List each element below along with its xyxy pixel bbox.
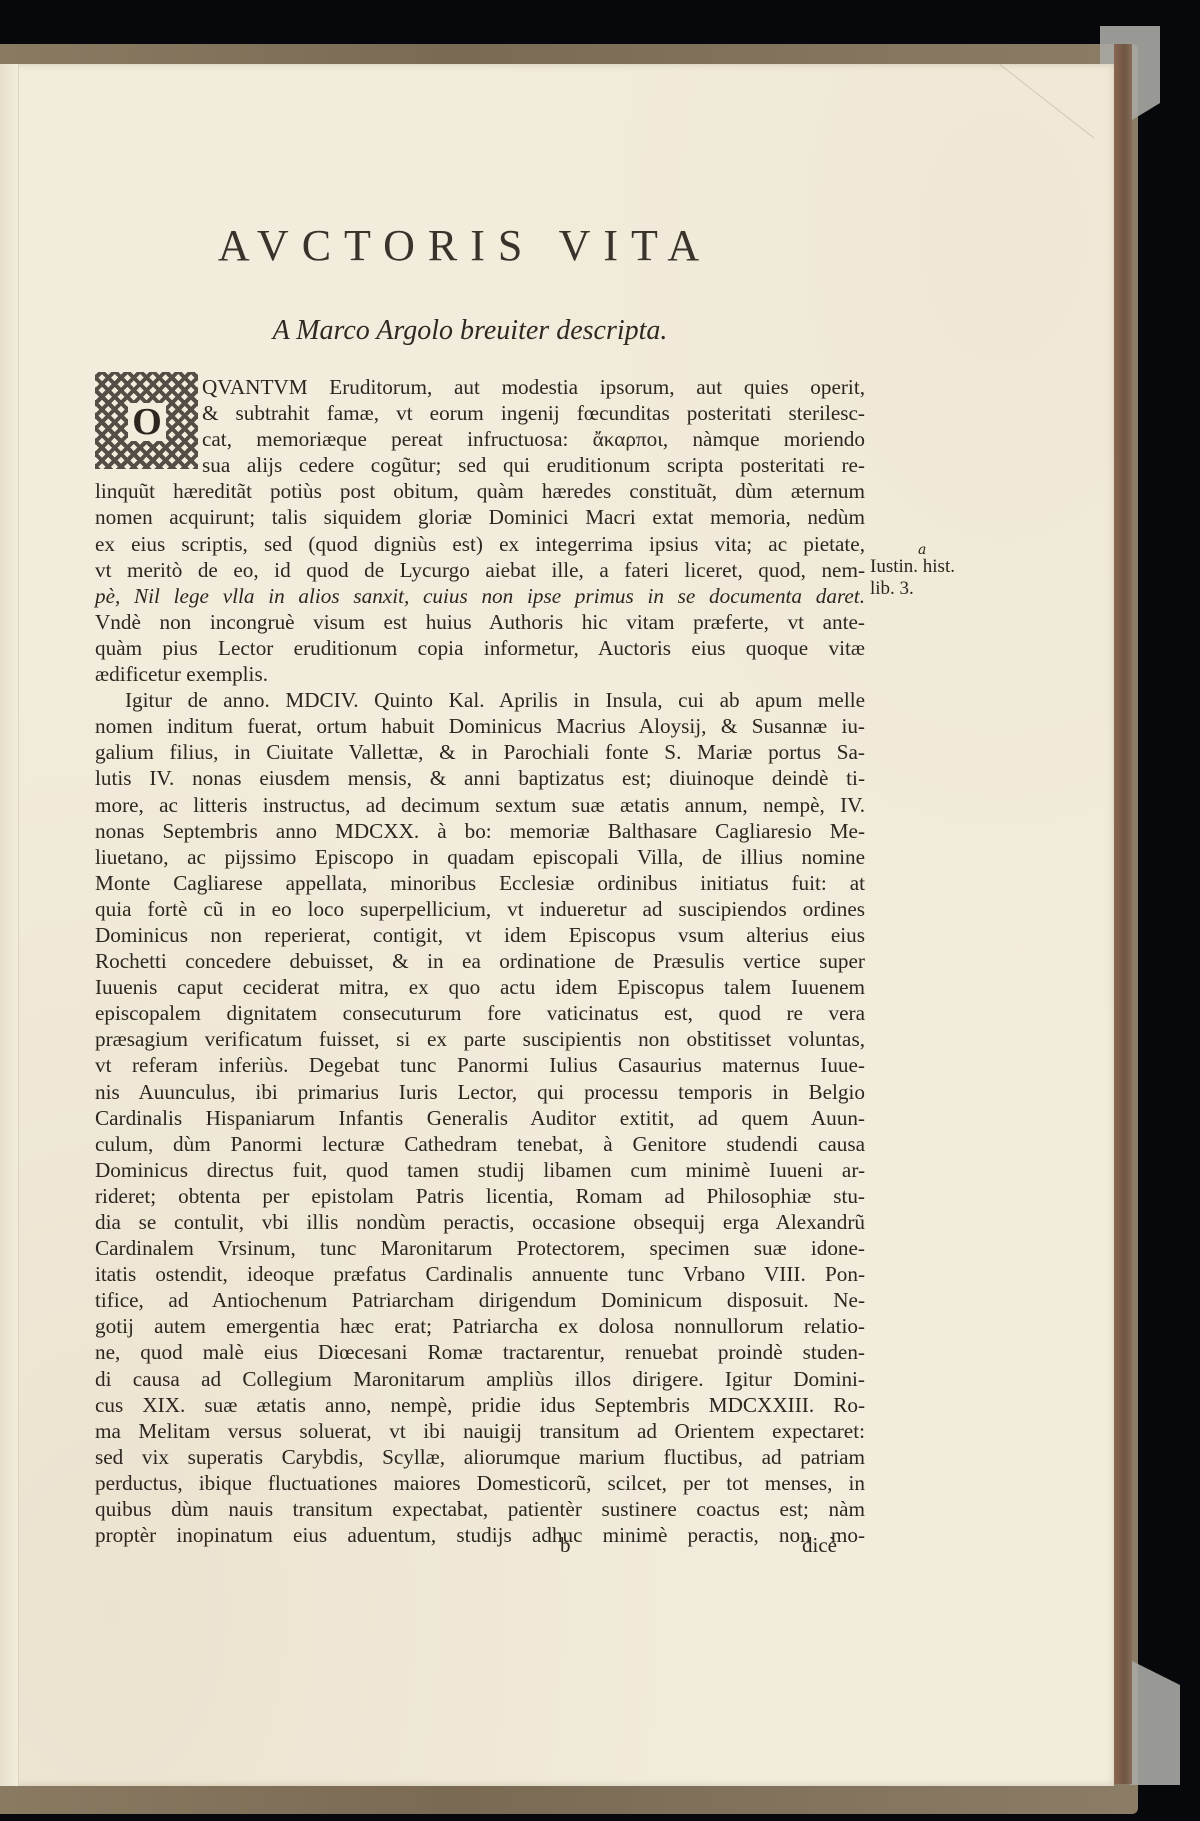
margin-note-line: Iustin. hist. [870,556,980,578]
text-line: itatis ostendit, ideoque præfatus Cardin… [95,1261,865,1287]
margin-note: Iustin. hist. lib. 3. [870,556,980,600]
text-line: more, ac litteris instructus, ad decimum… [95,792,865,818]
text-line: culum, dùm Panormi lecturæ Cathedram ten… [95,1131,865,1157]
text-line: ma Melitam versus soluerat, vt ibi nauig… [95,1418,865,1444]
text-line: Dominicus directus fuit, quod tamen stud… [95,1157,865,1183]
body-text: QVANTVM Eruditorum, aut modestia ipsorum… [95,374,865,1548]
text-line: di causa ad Collegium Maronitarum ampliù… [95,1366,865,1392]
text-line: sed vix superatis Carybdis, Scyllæ, alio… [95,1444,865,1470]
text-line: Iuuenis caput ceciderat mitra, ex quo ac… [95,974,865,1000]
text-line: cat, memoriæque pereat infructuosa: ἄκαρ… [95,426,865,452]
text-line: quàm pius Lector eruditionum copia infor… [95,635,865,661]
text-line: Cardinalis Hispaniarum Infantis Generali… [95,1105,865,1131]
text-line: liuetano, ac pijssimo Episcopo in quadam… [95,844,865,870]
text-line: nomen acquirunt; talis siquidem gloriæ D… [95,504,865,530]
text-line: cus XIX. suæ ætatis anno, nempè, pridie … [95,1392,865,1418]
text-line: QVANTVM Eruditorum, aut modestia ipsorum… [95,374,865,400]
text-line-quotation: pè, Nil lege vlla in alios sanxit, cuius… [95,583,865,609]
text-line: ex eius scriptis, sed (quod digniùs est)… [95,531,865,557]
text-line: galium filius, in Ciuitate Vallettæ, & i… [95,739,865,765]
text-line: episcopalem dignitatem consecuturum fore… [95,1000,865,1026]
text-line: præsagium verificatum fuisset, si ex par… [95,1026,865,1052]
text-line: perductus, ibique fluctuationes maiores … [95,1470,865,1496]
text-line: proptèr inopinatum eius aduentum, studij… [95,1522,865,1548]
page-gutter [0,64,19,1786]
text-line-paragraph-start: Igitur de anno. MDCIV. Quinto Kal. April… [95,687,865,713]
signature-mark: b [560,1533,571,1558]
page-edge-right [1114,44,1132,1784]
text-line: sua alijs cedere cogũtur; sed qui erudit… [95,452,865,478]
text-line: nis Auunculus, ibi primarius Iuris Lecto… [95,1079,865,1105]
text-line: gotij autem emergentia hæc erat; Patriar… [95,1313,865,1339]
text-line: dia se contulit, vbi illis nondùm peract… [95,1209,865,1235]
text-line: quibus dùm nauis transitum expectabat, p… [95,1496,865,1522]
text-line: tifice, ad Antiochenum Patriarcham dirig… [95,1287,865,1313]
text-line: nomen inditum fuerat, ortum habuit Domin… [95,713,865,739]
text-line: Monte Cagliarese appellata, minoribus Ec… [95,870,865,896]
text-line: & subtrahit famæ, vt eorum ingenij fœcun… [95,400,865,426]
text-line: vt referam inferiùs. Degebat tunc Panorm… [95,1052,865,1078]
text-line: Dominicus non reperierat, contigit, vt i… [95,922,865,948]
text-line: ædificetur exemplis. [95,661,865,687]
page-subtitle: A Marco Argolo breuiter descripta. [200,315,740,347]
text-line: rideret; obtenta per epistolam Patris li… [95,1183,865,1209]
text-line: lutis IV. nonas eiusdem mensis, & anni b… [95,765,865,791]
text-line: ne, quod malè eius Diœcesani Romæ tracta… [95,1339,865,1365]
text-line: vt meritò de eo, id quod de Lycurgo aieb… [95,557,865,583]
text-line: nonas Septembris anno MDCXX. à bo: memor… [95,818,865,844]
text-line: Cardinalem Vrsinum, tunc Maronitarum Pro… [95,1235,865,1261]
text-line: Rochetti concedere debuisset, & in ea or… [95,948,865,974]
page-title: AVCTORIS VITA [195,220,735,271]
text-line: linquũt hæreditãt potiùs post obitum, qu… [95,478,865,504]
text-line: Vndè non incongruè visum est huius Autho… [95,609,865,635]
binding-corner-bottom [1130,1660,1180,1785]
text-line: quia fortè cũ in eo loco superpellicium,… [95,896,865,922]
margin-note-line: lib. 3. [870,578,980,600]
catchword: dicè [802,1533,837,1558]
